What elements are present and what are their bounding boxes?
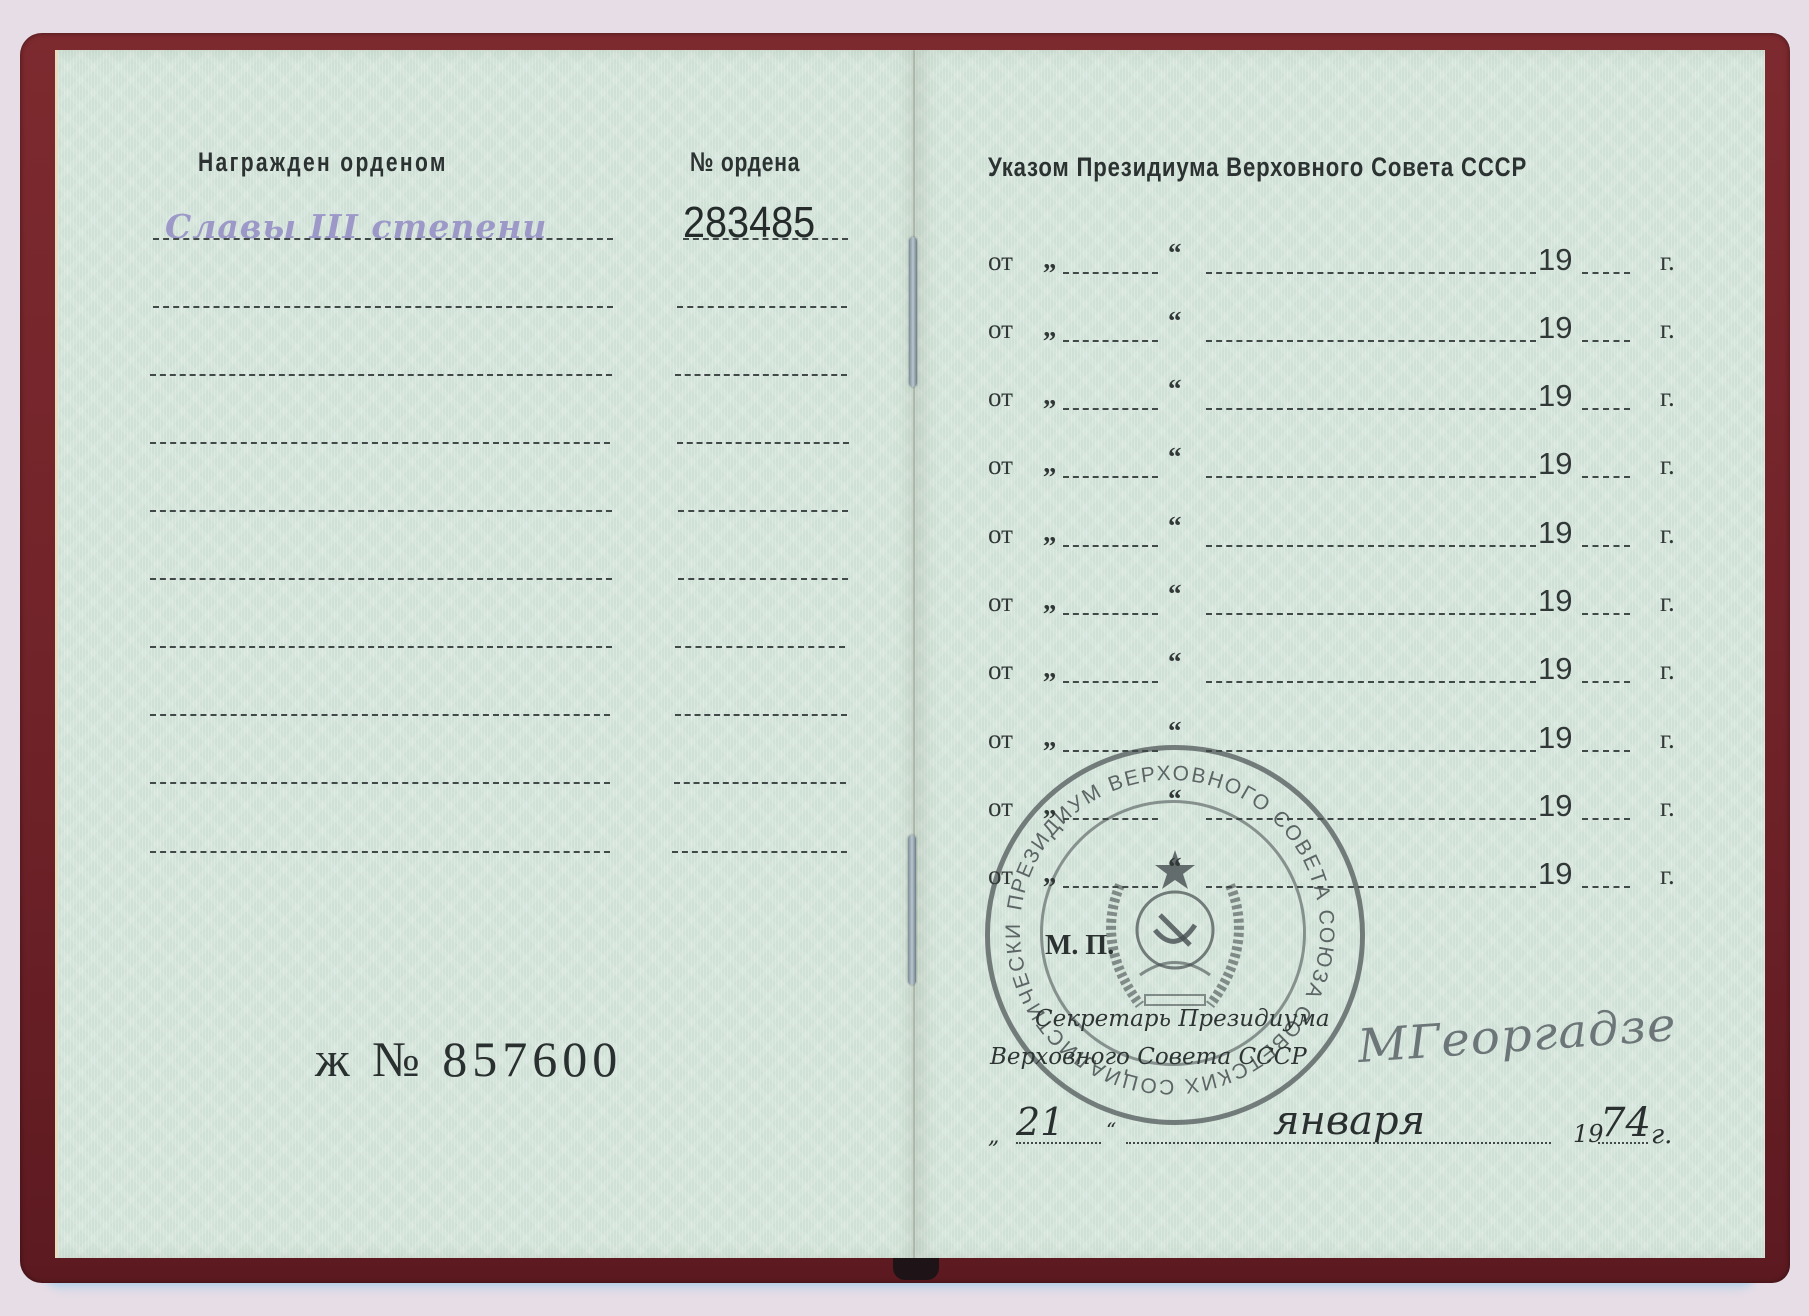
name-line xyxy=(150,782,610,784)
number-line xyxy=(683,238,848,240)
name-line xyxy=(150,374,612,376)
name-line xyxy=(150,442,610,444)
decree-heading: Указом Президиума Верховного Совета СССР xyxy=(988,152,1527,183)
name-line xyxy=(153,306,613,308)
page-fold xyxy=(913,50,915,1258)
awarded-order-heading: Награжден орденом xyxy=(198,147,448,178)
number-line xyxy=(675,646,845,648)
order-number-heading: № ордена xyxy=(690,147,800,178)
decree-row: от „ “ 19 г. xyxy=(988,655,1688,695)
issue-year: 74 xyxy=(1600,1100,1651,1146)
name-line xyxy=(150,510,612,512)
name-line xyxy=(150,714,610,716)
number-line xyxy=(675,714,847,716)
booklet-serial-number: ж № 857600 xyxy=(315,1030,622,1088)
number-line xyxy=(674,782,846,784)
number-line xyxy=(678,510,848,512)
decree-row: от „ “ 19 г. xyxy=(988,860,1688,900)
number-line xyxy=(675,374,847,376)
decree-row: от „ “ 19 г. xyxy=(988,314,1688,354)
name-line xyxy=(150,851,610,853)
serial-series: ж xyxy=(315,1031,355,1087)
decree-row: от „ “ 19 г. xyxy=(988,519,1688,559)
secretary-title: Секретарь Президиума Верховного Совета С… xyxy=(990,1000,1330,1076)
issue-month: января xyxy=(1273,1098,1425,1144)
name-line xyxy=(150,578,612,580)
decree-row: от „ “ 19 г. xyxy=(988,382,1688,422)
decree-row: от „ “ 19 г. xyxy=(988,246,1688,286)
staple-top xyxy=(909,237,917,387)
order-number: 283485 xyxy=(683,198,815,248)
name-line xyxy=(150,646,612,648)
number-line xyxy=(678,578,848,580)
issue-day: 21 xyxy=(1016,1100,1064,1144)
serial-number: 857600 xyxy=(442,1031,622,1087)
number-line xyxy=(677,442,849,444)
number-line xyxy=(677,306,847,308)
decree-row: от „ “ 19 г. xyxy=(988,792,1688,832)
secretary-line-1: Секретарь Президиума xyxy=(990,1000,1330,1038)
secretary-line-2: Верховного Совета СССР xyxy=(990,1044,1307,1070)
decree-row: от „ “ 19 г. xyxy=(988,587,1688,627)
number-line xyxy=(672,851,847,853)
name-line xyxy=(153,238,613,240)
seal-place-label: М. П. xyxy=(1045,930,1114,962)
decree-row: от „ “ 19 г. xyxy=(988,724,1688,764)
issue-date: „ 21 “ января 19 74 г. xyxy=(988,1100,1688,1170)
decree-row: от „ “ 19 г. xyxy=(988,450,1688,490)
staple-bottom xyxy=(908,835,916,985)
order-name-stamp: Славы III степени xyxy=(165,207,547,246)
serial-no-sign: № xyxy=(372,1031,425,1087)
